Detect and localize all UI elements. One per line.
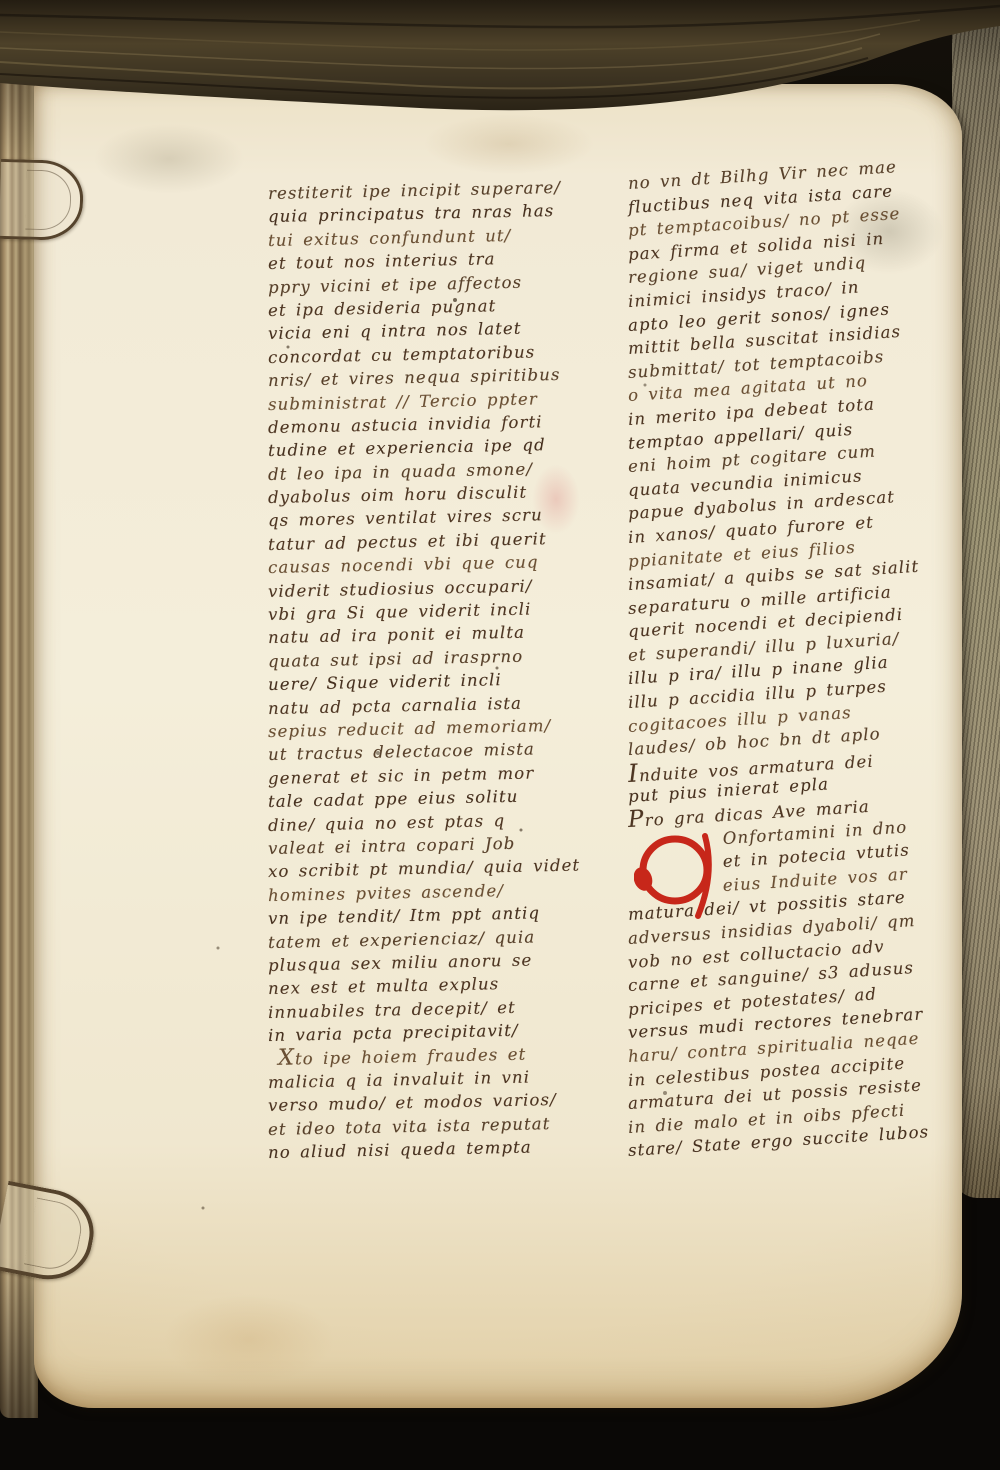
manuscript-page: restiterit ipe incipit superare/quia pri…	[34, 84, 962, 1408]
rubricated-initial-C	[634, 832, 728, 924]
text-column-right: no vn dt Bilhg Vir nec maefluctibus neq …	[628, 172, 953, 1163]
parchment-stain	[164, 1294, 334, 1384]
book-top-edge	[0, 0, 1000, 140]
text-column-left: restiterit ipe incipit superare/quia pri…	[268, 182, 598, 1164]
manuscript-photo: restiterit ipe incipit superare/quia pri…	[0, 0, 1000, 1470]
